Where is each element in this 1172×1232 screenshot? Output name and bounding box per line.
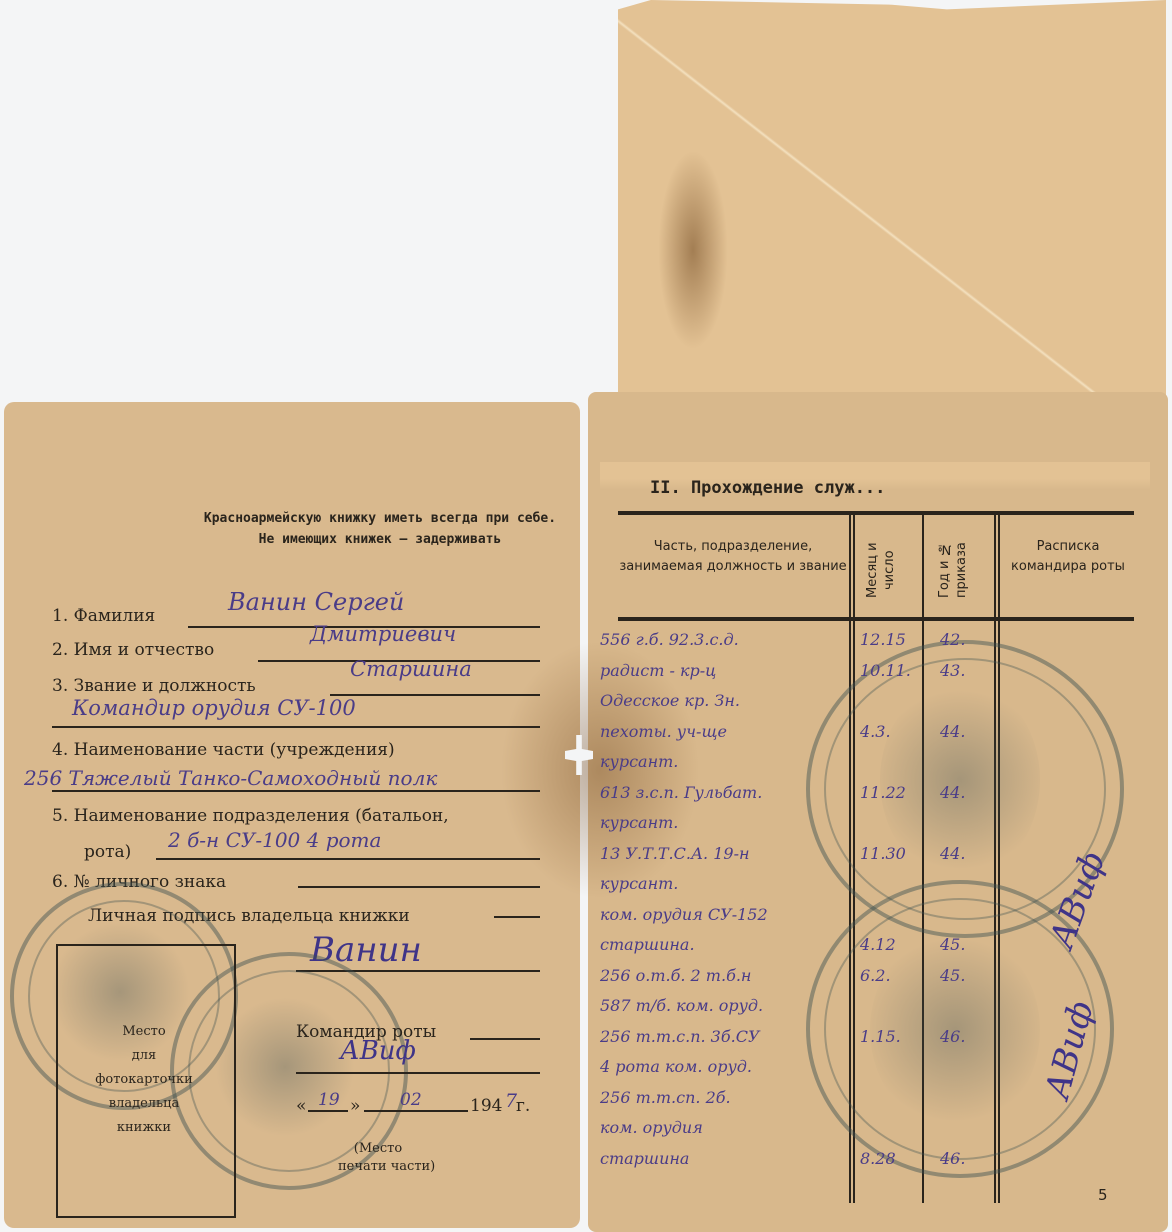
notice-text: Красноармейскую книжку иметь всегда при …: [200, 508, 560, 550]
row-unit-text: старшина.: [600, 935, 695, 954]
row-year-text: 42.: [940, 630, 965, 649]
field-subunit-value: 2 б-н СУ-100 4 рота: [168, 828, 381, 852]
row-unit-text: Одесское кр. Зн.: [600, 691, 740, 710]
row-date-text: 1.15.: [860, 1027, 901, 1046]
field-line: [298, 886, 540, 888]
row-unit-text: радист - кр-ц: [600, 661, 716, 680]
seal-place-label: (Место печати части): [338, 1140, 418, 1176]
date-day: 19: [318, 1090, 340, 1110]
row-unit-text: ком. орудия: [600, 1118, 703, 1137]
row-unit-text: 13 У.Т.Т.С.А. 19-н: [600, 844, 750, 863]
column-header-order: Год и № приказа: [936, 528, 972, 612]
date-month: 02: [400, 1090, 422, 1110]
row-year-text: 44.: [940, 783, 965, 802]
row-year-text: 43.: [940, 661, 965, 680]
column-header-signature: Расписка командира роты: [1002, 537, 1134, 577]
stamp: [215, 997, 355, 1137]
photo-label-line: владельца: [56, 1092, 232, 1116]
field-name-value: Дмитриевич: [310, 622, 456, 646]
row-year-text: 46.: [940, 1149, 965, 1168]
row-year-text: 44.: [940, 844, 965, 863]
field-unit-label: 4. Наименование части (учреждения): [52, 740, 395, 760]
row-date-text: 11.22: [860, 783, 906, 802]
row-unit-text: 256 о.т.б. 2 т.б.н: [600, 966, 751, 985]
field-line: [470, 1038, 540, 1040]
field-rank-value-line2: Командир орудия СУ-100: [72, 696, 356, 720]
date-year-unit: г.: [516, 1096, 530, 1116]
row-unit-text: 4 рота ком. оруд.: [600, 1057, 752, 1076]
field-rank-value: Старшина: [350, 657, 472, 681]
date-line: [364, 1110, 468, 1112]
row-unit-text: 613 з.с.п. Гульбат.: [600, 783, 762, 802]
field-surname-label: 1. Фамилия: [52, 606, 155, 626]
signature-line: [296, 1072, 540, 1074]
row-year-text: 46.: [940, 1027, 965, 1046]
field-subunit-label: 5. Наименование подразделения (батальон,: [52, 806, 449, 826]
row-year-text: 45.: [940, 935, 965, 954]
field-unit-value: 256 Тяжелый Танко-Самоходный полк: [24, 766, 437, 790]
row-date-text: 11.30: [860, 844, 906, 863]
row-unit-text: курсант.: [600, 752, 678, 771]
date-year-prefix: 194: [470, 1096, 502, 1116]
row-unit-text: старшина: [600, 1149, 689, 1168]
field-line: [52, 726, 540, 728]
commander-signature: АВиф: [340, 1036, 416, 1066]
page-number: 5: [1098, 1186, 1108, 1204]
field-line: [494, 916, 540, 918]
table-top-rule: [618, 511, 1134, 515]
row-year-text: 45.: [940, 966, 965, 985]
date-open-quote: «: [296, 1096, 306, 1116]
row-unit-text: пехоты. уч-ще: [600, 722, 727, 741]
photo-label-line: Место: [56, 1020, 232, 1044]
row-year-text: 44.: [940, 722, 965, 741]
row-date-text: 4.3.: [860, 722, 891, 741]
field-line: [52, 790, 540, 792]
table-header-rule: [618, 617, 1134, 621]
row-date-text: 8.28: [860, 1149, 896, 1168]
row-unit-text: 256 т.т.сп. 2б.: [600, 1088, 731, 1107]
row-date-text: 6.2.: [860, 966, 891, 985]
row-unit-text: ком. орудия СУ-152: [600, 905, 768, 924]
seal-label-line: (Место: [338, 1140, 418, 1158]
field-subunit-label-line2: рота): [84, 842, 131, 862]
photo-label-line: книжки: [56, 1116, 232, 1140]
field-surname-value: Ванин Сергей: [228, 588, 404, 616]
row-date-text: 12.15: [860, 630, 906, 649]
row-unit-text: 587 т/б. ком. оруд.: [600, 996, 763, 1015]
date-close-quote: »: [350, 1096, 360, 1116]
field-line: [330, 694, 540, 696]
stain: [658, 150, 728, 350]
photo-label-line: для: [56, 1044, 232, 1068]
field-rank-label: 3. Звание и должность: [52, 676, 256, 696]
row-unit-text: 556 г.б. 92.3.с.д.: [600, 630, 739, 649]
field-line: [156, 858, 540, 860]
row-date-text: 10.11.: [860, 661, 911, 680]
row-date-text: 4.12: [860, 935, 896, 954]
field-name-label: 2. Имя и отчество: [52, 640, 214, 660]
column-header-unit: Часть, подразделение, занимаемая должнос…: [618, 537, 848, 577]
seal-label-line: печати части): [338, 1158, 418, 1176]
photo-label-line: фотокарточки: [56, 1068, 232, 1092]
photo-placeholder-label: Место для фотокарточки владельца книжки: [56, 1020, 232, 1140]
column-header-date: Месяц и число: [864, 528, 900, 612]
date-line: [308, 1110, 348, 1112]
row-unit-text: 256 т.т.с.п. 3б.СУ: [600, 1027, 760, 1046]
row-unit-text: курсант.: [600, 874, 678, 893]
row-unit-text: курсант.: [600, 813, 678, 832]
section-title: II. Прохождение служ...: [650, 478, 885, 498]
